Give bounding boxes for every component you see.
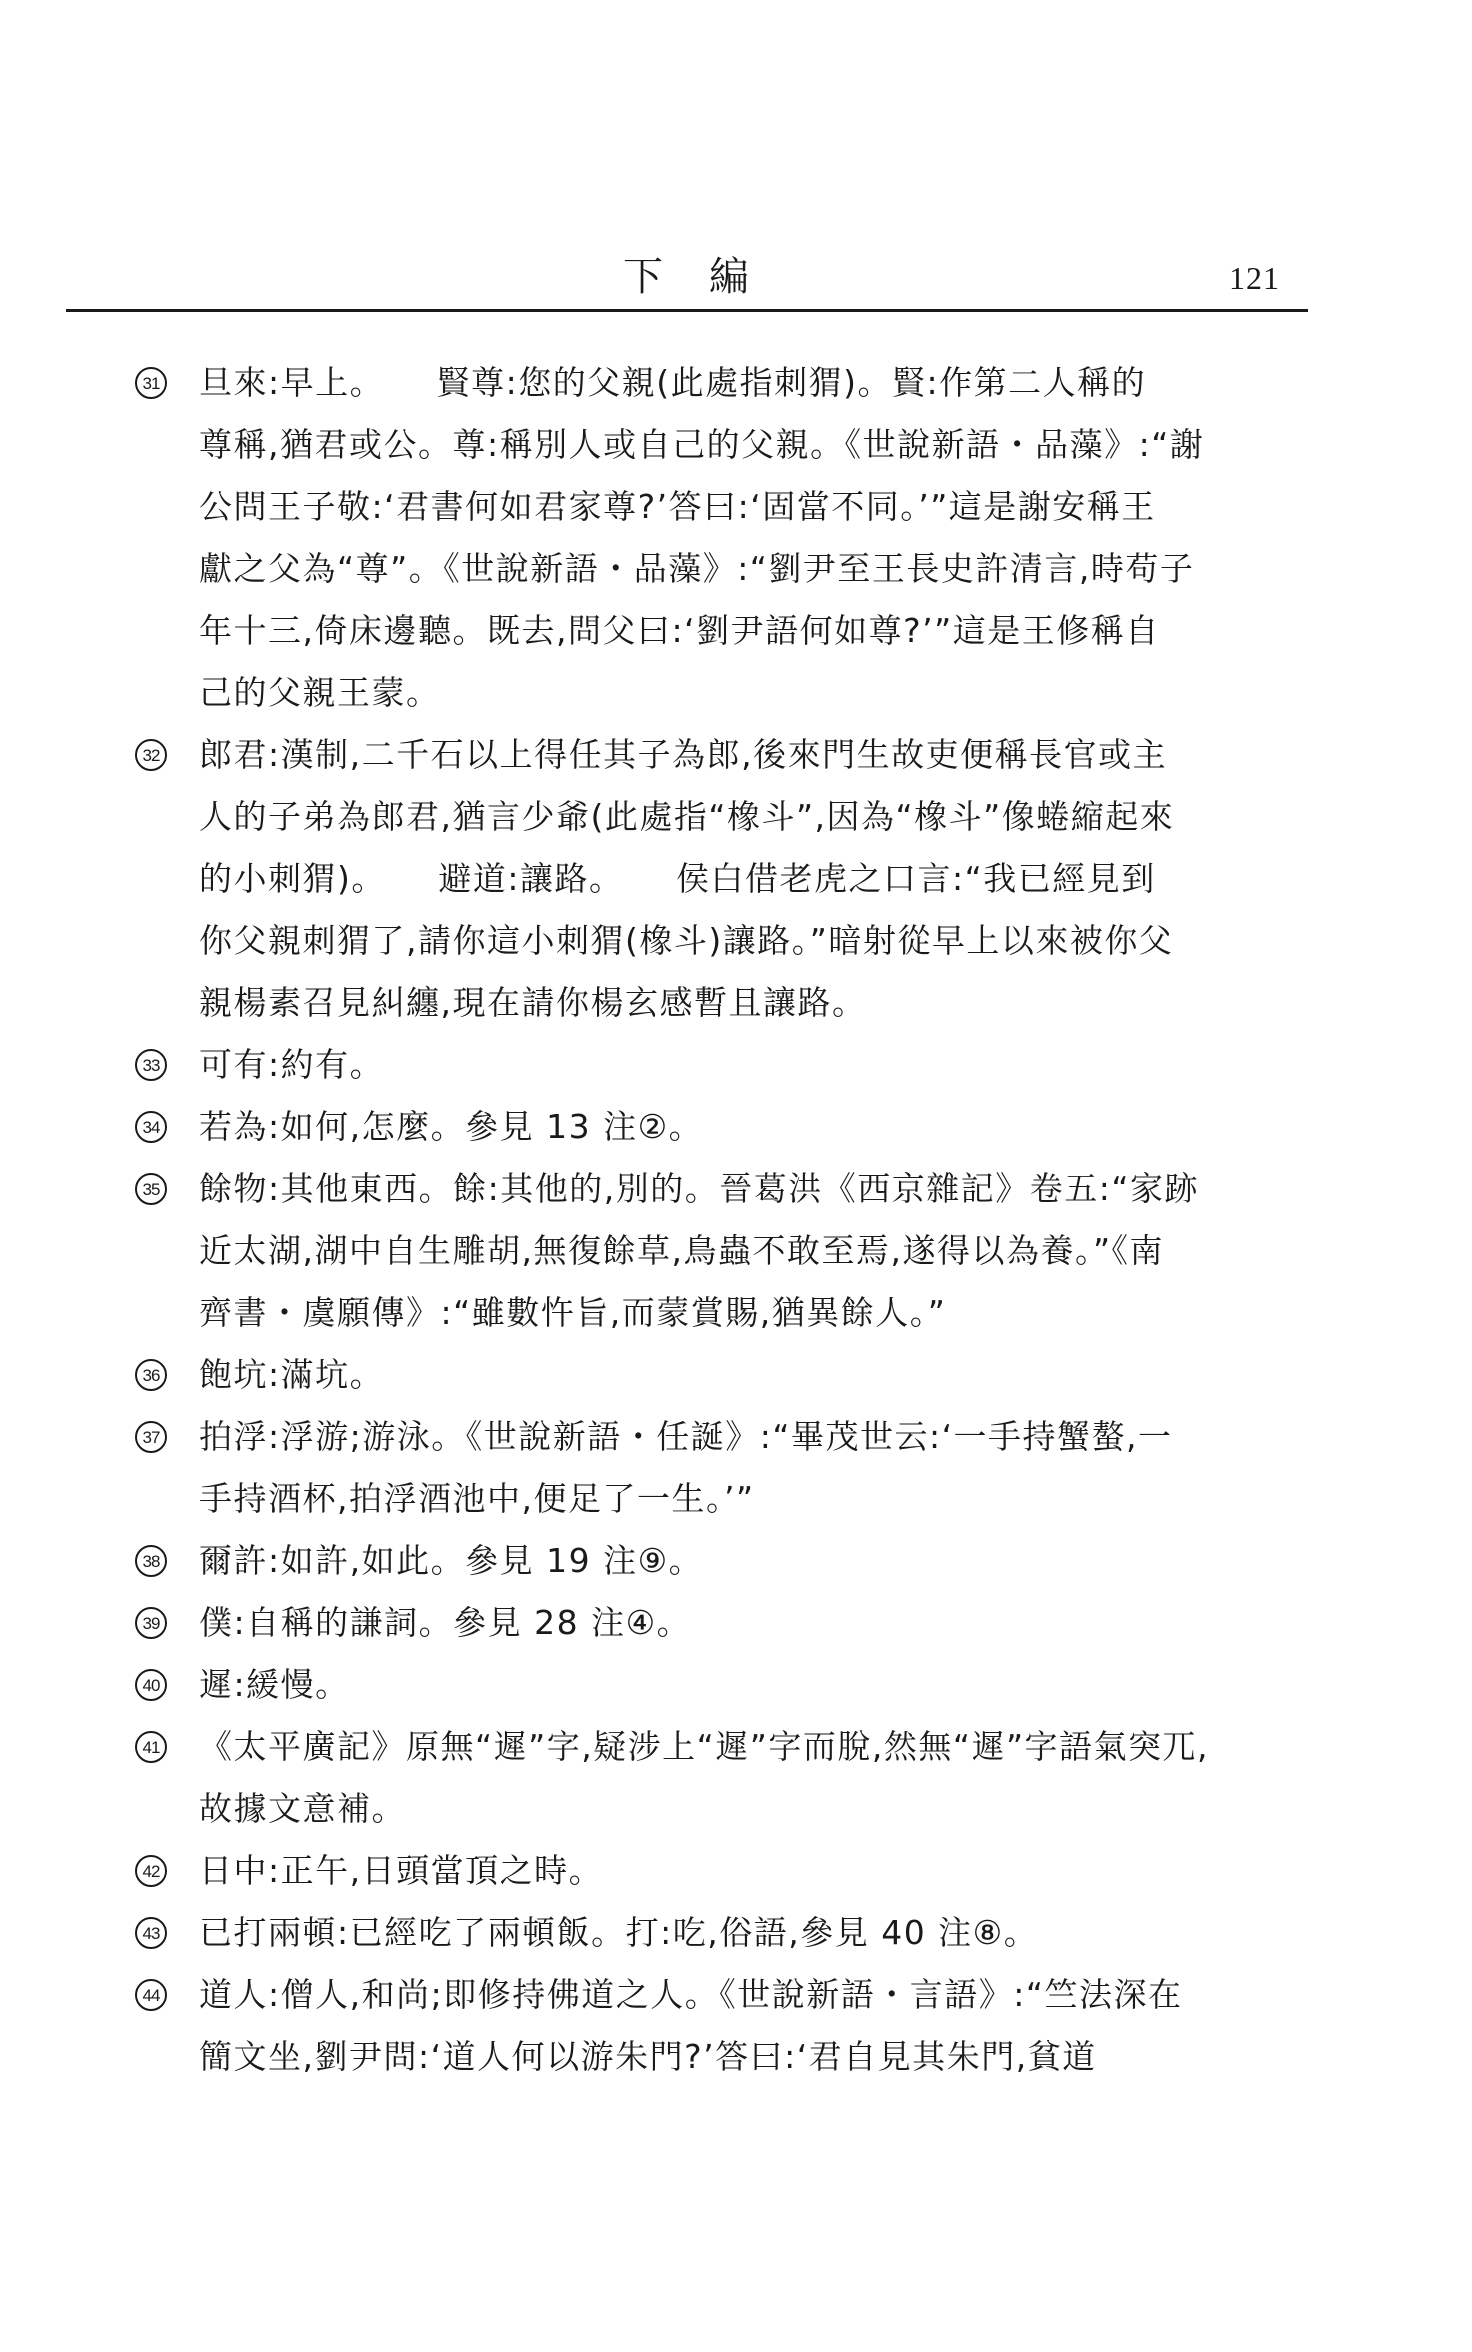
annotation-item: 36飽坑:滿坑。 [125, 1344, 1310, 1406]
annotation-text-line: 道人:僧人,和尚;即修持佛道之人。《世說新語・言語》:“竺法深在 [199, 1964, 1310, 2026]
header-divider [66, 309, 1308, 312]
annotation-number: 43 [125, 1902, 177, 1964]
running-title: 下編 [66, 244, 1306, 310]
annotation-item: 32郎君:漢制,二千石以上得任其子為郎,後來門生故吏便稱長官或主人的子弟為郎君,… [125, 724, 1310, 1034]
annotation-text-line: 手持酒杯,拍浮酒池中,便足了一生。’” [199, 1468, 1310, 1530]
annotation-text-line: 若為:如何,怎麼。參見 13 注②。 [199, 1096, 1310, 1158]
annotation-text-line: 遲:緩慢。 [199, 1654, 1310, 1716]
annotation-number: 37 [125, 1406, 177, 1468]
annotation-item: 38爾許:如許,如此。參見 19 注⑨。 [125, 1530, 1310, 1592]
circled-number-icon: 37 [135, 1421, 167, 1453]
annotation-text-line: 郎君:漢制,二千石以上得任其子為郎,後來門生故吏便稱長官或主 [199, 724, 1310, 786]
annotation-text-line: 已打兩頓:已經吃了兩頓飯。打:吃,俗語,參見 40 注⑧。 [199, 1902, 1310, 1964]
annotation-text-line: 《太平廣記》原無“遲”字,疑涉上“遲”字而脫,然無“遲”字語氣突兀, [199, 1716, 1310, 1778]
annotation-text-line: 親楊素召見糾纏,現在請你楊玄感暫且讓路。 [199, 972, 1310, 1034]
annotation-item: 34若為:如何,怎麼。參見 13 注②。 [125, 1096, 1310, 1158]
circled-number-icon: 34 [135, 1111, 167, 1143]
annotation-number: 44 [125, 1964, 177, 2026]
circled-number-icon: 42 [135, 1855, 167, 1887]
annotation-text-line: 的小刺猬)。 避道:讓路。 侯白借老虎之口言:“我已經見到 [199, 848, 1310, 910]
annotation-number: 42 [125, 1840, 177, 1902]
annotation-text-line: 餘物:其他東西。餘:其他的,別的。晉葛洪《西京雜記》卷五:“家跡 [199, 1158, 1310, 1220]
circled-number-icon: 33 [135, 1049, 167, 1081]
annotation-number: 39 [125, 1592, 177, 1654]
annotation-item: 31旦來:早上。 賢尊:您的父親(此處指刺猬)。賢:作第二人稱的尊稱,猶君或公。… [125, 352, 1310, 724]
annotation-text-line: 獻之父為“尊”。《世說新語・品藻》:“劉尹至王長史許清言,時苟子 [199, 538, 1310, 600]
annotation-text-line: 日中:正午,日頭當頂之時。 [199, 1840, 1310, 1902]
circled-number-icon: 35 [135, 1173, 167, 1205]
annotation-item: 40遲:緩慢。 [125, 1654, 1310, 1716]
circled-number-icon: 32 [135, 739, 167, 771]
annotation-item: 41《太平廣記》原無“遲”字,疑涉上“遲”字而脫,然無“遲”字語氣突兀,故據文意… [125, 1716, 1310, 1840]
annotation-item: 39僕:自稱的謙詞。參見 28 注④。 [125, 1592, 1310, 1654]
circled-number-icon: 36 [135, 1359, 167, 1391]
annotation-text-line: 飽坑:滿坑。 [199, 1344, 1310, 1406]
annotation-number: 40 [125, 1654, 177, 1716]
circled-number-icon: 38 [135, 1545, 167, 1577]
annotation-item: 43已打兩頓:已經吃了兩頓飯。打:吃,俗語,參見 40 注⑧。 [125, 1902, 1310, 1964]
annotation-number: 34 [125, 1096, 177, 1158]
annotation-item: 42日中:正午,日頭當頂之時。 [125, 1840, 1310, 1902]
annotation-text-line: 拍浮:浮游;游泳。《世說新語・任誕》:“畢茂世云:‘一手持蟹螯,一 [199, 1406, 1310, 1468]
annotation-item: 44道人:僧人,和尚;即修持佛道之人。《世說新語・言語》:“竺法深在簡文坐,劉尹… [125, 1964, 1310, 2088]
annotation-text-line: 年十三,倚床邊聽。既去,問父曰:‘劉尹語何如尊?’”這是王修稱自 [199, 600, 1310, 662]
annotation-text-line: 己的父親王蒙。 [199, 662, 1310, 724]
circled-number-icon: 43 [135, 1917, 167, 1949]
page-number: 121 [1229, 250, 1280, 306]
annotation-number: 33 [125, 1034, 177, 1096]
annotation-item: 33可有:約有。 [125, 1034, 1310, 1096]
annotation-text-line: 尊稱,猶君或公。尊:稱別人或自己的父親。《世說新語・品藻》:“謝 [199, 414, 1310, 476]
annotation-text-line: 可有:約有。 [199, 1034, 1310, 1096]
circled-number-icon: 31 [135, 367, 167, 399]
circled-number-icon: 44 [135, 1979, 167, 2011]
circled-number-icon: 40 [135, 1669, 167, 1701]
annotation-number: 35 [125, 1158, 177, 1220]
annotation-number: 41 [125, 1716, 177, 1778]
annotation-text-line: 旦來:早上。 賢尊:您的父親(此處指刺猬)。賢:作第二人稱的 [199, 352, 1310, 414]
annotation-text-line: 故據文意補。 [199, 1778, 1310, 1840]
annotation-number: 36 [125, 1344, 177, 1406]
annotation-text-line: 近太湖,湖中自生雕胡,無復餘草,鳥蟲不敢至焉,遂得以為養。”《南 [199, 1220, 1310, 1282]
annotation-text-line: 僕:自稱的謙詞。參見 28 注④。 [199, 1592, 1310, 1654]
page-header: 下編 121 [66, 244, 1306, 310]
annotation-text-line: 簡文坐,劉尹問:‘道人何以游朱門?’答曰:‘君自見其朱門,貧道 [199, 2026, 1310, 2088]
annotation-text-line: 爾許:如許,如此。參見 19 注⑨。 [199, 1530, 1310, 1592]
annotation-text-line: 公問王子敬:‘君書何如君家尊?’答曰:‘固當不同。’”這是謝安稱王 [199, 476, 1310, 538]
annotation-text-line: 齊書・虞願傳》:“雖數忤旨,而蒙賞賜,猶異餘人。” [199, 1282, 1310, 1344]
annotation-list: 31旦來:早上。 賢尊:您的父親(此處指刺猬)。賢:作第二人稱的尊稱,猶君或公。… [125, 352, 1310, 2088]
annotation-number: 38 [125, 1530, 177, 1592]
annotation-number: 32 [125, 724, 177, 786]
annotation-number: 31 [125, 352, 177, 414]
annotation-text-line: 人的子弟為郎君,猶言少爺(此處指“橡斗”,因為“橡斗”像蜷縮起來 [199, 786, 1310, 848]
annotation-text-line: 你父親刺猬了,請你這小刺猬(橡斗)讓路。”暗射從早上以來被你父 [199, 910, 1310, 972]
circled-number-icon: 39 [135, 1607, 167, 1639]
circled-number-icon: 41 [135, 1731, 167, 1763]
annotation-item: 35餘物:其他東西。餘:其他的,別的。晉葛洪《西京雜記》卷五:“家跡近太湖,湖中… [125, 1158, 1310, 1344]
annotation-item: 37拍浮:浮游;游泳。《世說新語・任誕》:“畢茂世云:‘一手持蟹螯,一手持酒杯,… [125, 1406, 1310, 1530]
